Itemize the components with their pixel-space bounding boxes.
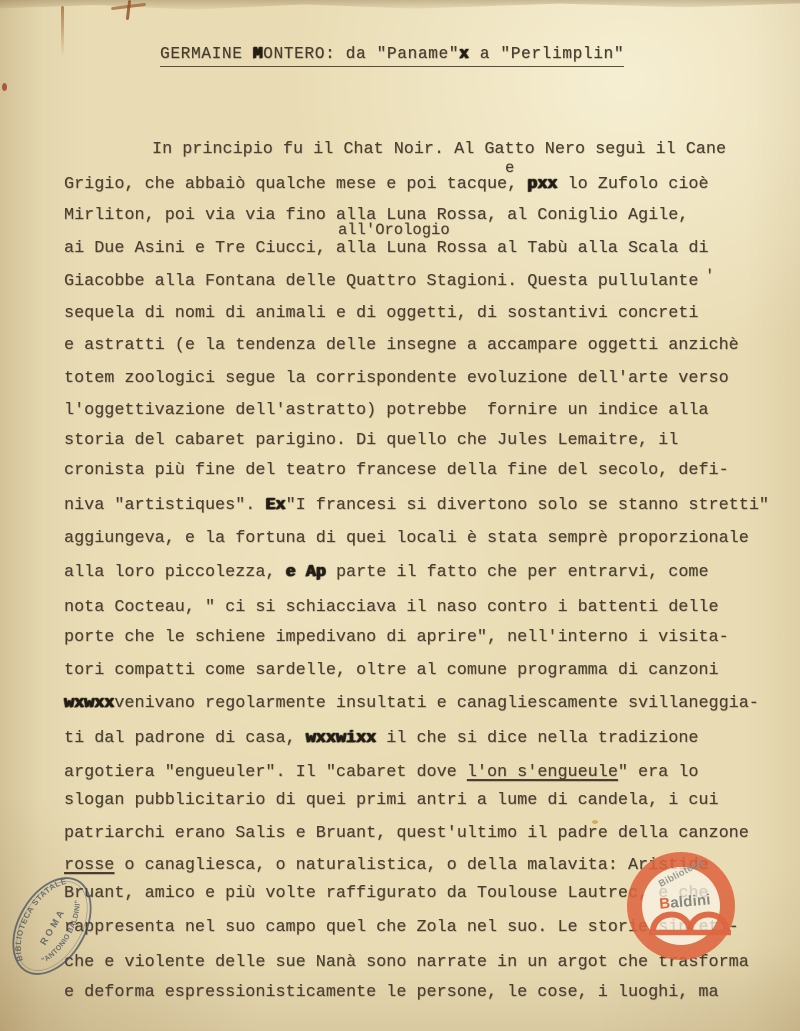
typed-line: ai Due Asini e Tre Ciucci, alla Luna Ros…	[64, 239, 709, 259]
page-title: GERMAINE MONTERO: da "Paname"x a "Perlim…	[160, 45, 624, 67]
typed-line: argotiera "engueuler". Il "cabaret dove …	[64, 763, 698, 783]
typed-line: tori compatti come sardelle, oltre al co…	[64, 661, 719, 681]
typed-line: ti dal padrone di casa, wxxwixx il che s…	[64, 729, 698, 749]
typed-line: aggiungeva, e la fortuna di quei locali …	[64, 529, 749, 549]
typed-line: Grigio, che abbaiò qualche mese e poi ta…	[64, 175, 709, 195]
document-page: GERMAINE MONTERO: da "Paname"x a "Perlim…	[0, 0, 800, 1031]
typed-line: alla loro piccolezza, e Ap parte il fatt…	[64, 563, 709, 583]
typed-line: wxwxxvenivano regolarmente insultati e c…	[64, 694, 759, 714]
typed-insertion: '	[705, 266, 714, 286]
library-round-stamp: Biblioteca Baldini	[616, 841, 746, 971]
typed-line: rosse o canagliesca, o naturalistica, o …	[64, 856, 709, 876]
typed-insertion: all'Orologio	[338, 220, 450, 240]
typed-line: Bruant, amico e più volte raffigurato da…	[64, 884, 709, 904]
rust-stain-dot	[2, 83, 7, 91]
stamp-rest-aldini: aldini	[670, 891, 712, 911]
typed-line: totem zoologici segue la corrispondente …	[64, 369, 729, 389]
typed-line: slogan pubblicitario di quei primi antri…	[64, 791, 719, 811]
typed-line: porte che le schiene impedivano di aprir…	[64, 628, 729, 648]
typed-line: e astratti (e la tendenza delle insegne …	[64, 336, 739, 356]
typed-line: cronista più fine del teatro francese de…	[64, 461, 729, 481]
rust-stain-drip	[61, 6, 64, 56]
typed-line: e deforma espressionisticamente le perso…	[64, 983, 719, 1003]
typed-line: nota Cocteau, " ci si schiacciava il nas…	[64, 598, 719, 618]
typed-line: niva "artistiques". Ex"I francesi si div…	[64, 496, 769, 516]
typed-line: l'oggettivazione dell'astratto) potrebbe…	[64, 401, 709, 421]
typed-insertion: e	[505, 158, 514, 178]
typed-line: sequela di nomi di animali e di oggetti,…	[64, 304, 698, 324]
typed-line: storia del cabaret parigino. Di quello c…	[64, 431, 678, 451]
library-oval-stamp: BIBLIOTECA STATALE "ANTONIO BALDINI" ROM…	[0, 841, 137, 1011]
typed-line: Giacobbe alla Fontana delle Quattro Stag…	[64, 272, 698, 292]
typed-line: In principio fu il Chat Noir. Al Gatto N…	[152, 140, 726, 160]
